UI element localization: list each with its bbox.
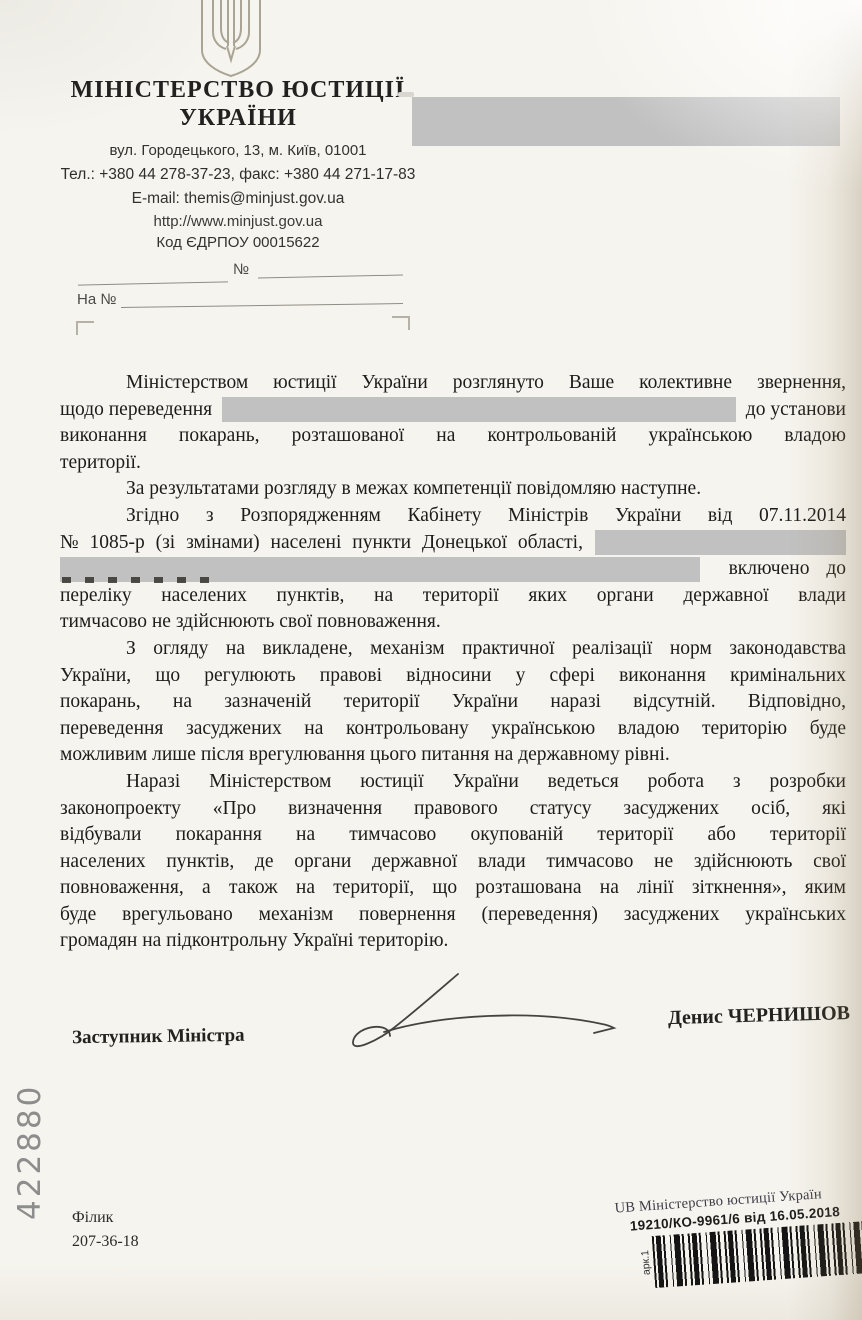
handwritten-signature [340, 958, 632, 1062]
body-line: покарань, на зазначеній території Україн… [60, 689, 846, 716]
address-corner-mark-right [392, 316, 410, 330]
org-edrpou-code: Код ЄДРПОУ 00015622 [60, 234, 416, 251]
body-text: відбували покарання на тимчасово окупова… [60, 824, 846, 845]
vertical-registration-number: 422880 [12, 1084, 48, 1220]
body-text: переліку населених пунктів, на території… [60, 585, 846, 606]
letter-body: Міністерством юстиції України розглянуто… [60, 370, 846, 955]
body-line: території. [60, 450, 846, 477]
body-line: переведення засуджених на контрольовану … [60, 716, 846, 743]
body-text: За результатами розгляду в межах компете… [126, 478, 701, 499]
body-line: повноваження, а також на території, що р… [60, 875, 846, 902]
body-line: можливим лише після врегулювання цього п… [60, 742, 846, 769]
body-line: України, що регулюють правові відносини … [60, 663, 846, 690]
body-line: громадян на підконтрольну Україні терито… [60, 928, 846, 955]
barcode [652, 1221, 862, 1288]
body-line: переліку населених пунктів, на території… [60, 583, 846, 610]
scanned-letter-page: МІНІСТЕРСТВО ЮСТИЦІЇ УКРАЇНИ вул. Городе… [0, 0, 862, 1320]
executor-block: Філик 207-36-18 [72, 1206, 139, 1254]
body-text: переведення засуджених на контрольовану … [60, 718, 846, 739]
body-line: № 1085-р (зі змінами) населені пункти До… [60, 530, 846, 557]
org-name-line1: МІНІСТЕРСТВО ЮСТИЦІЇ [60, 76, 416, 104]
reply-to-label: На № [77, 291, 116, 308]
body-text: до установи [746, 397, 846, 424]
body-text: включено до [729, 556, 846, 583]
redaction-block [412, 97, 840, 146]
org-phone-fax: Тел.: +380 44 278-37-23, факс: +380 44 2… [60, 166, 416, 184]
registration-stamp: UB Міністерство юстиції Україн 19210/КО-… [602, 1183, 862, 1320]
org-name-line2: УКРАЇНИ [60, 104, 416, 132]
body-line: буде врегульовано механізм повернення (п… [60, 902, 846, 929]
body-text: З огляду на викладене, механізм практичн… [126, 638, 846, 659]
body-line: відбували покарання на тимчасово окупова… [60, 822, 846, 849]
body-text: населених пунктів, де органи державної в… [60, 851, 846, 872]
body-text: Міністерством юстиції України розглянуто… [126, 372, 846, 393]
body-text: виконання покарань, розташованої на конт… [60, 425, 846, 446]
body-line: тимчасово не здійснюють свої повноваженн… [60, 609, 846, 636]
executor-phone: 207-36-18 [72, 1230, 139, 1254]
body-text: території. [60, 452, 141, 473]
body-text: покарань, на зазначеній території Україн… [60, 691, 846, 712]
body-text: Згідно з Розпорядженням Кабінету Міністр… [126, 505, 846, 526]
body-text: України, що регулюють правові відносини … [60, 665, 846, 686]
address-corner-mark-left [76, 321, 94, 335]
body-text: громадян на підконтрольну Україні терито… [60, 930, 448, 951]
redaction-block [222, 397, 736, 422]
org-website: http://www.minjust.gov.ua [60, 213, 416, 230]
body-text: буде врегульовано механізм повернення (п… [60, 904, 846, 925]
body-line: За результатами розгляду в межах компете… [60, 476, 846, 503]
sheet-count-label: арк.1 [639, 1250, 653, 1276]
body-text: № 1085-р (зі змінами) населені пункти До… [60, 530, 583, 557]
body-text: можливим лише після врегулювання цього п… [60, 744, 670, 765]
body-line: Наразі Міністерством юстиції України вед… [60, 769, 846, 796]
body-line: З огляду на викладене, механізм практичн… [60, 636, 846, 663]
body-text: щодо переведення [60, 397, 212, 424]
executor-name: Філик [72, 1206, 139, 1230]
number-line [258, 274, 403, 278]
reply-to-line [121, 303, 403, 308]
signer-title: Заступник Міністра [72, 1025, 245, 1049]
body-line: Міністерством юстиції України розглянуто… [60, 370, 846, 397]
body-line: включено до [60, 556, 846, 583]
signer-name: Денис ЧЕРНИШОВ [638, 1002, 851, 1031]
body-line: Згідно з Розпорядженням Кабінету Міністр… [60, 503, 846, 530]
body-text: тимчасово не здійснюють свої повноваженн… [60, 611, 441, 632]
number-label: № [233, 261, 249, 278]
ukraine-trident-emblem [194, 0, 268, 80]
body-line: щодо переведеннядо установи [60, 397, 846, 424]
body-text: повноваження, а також на території, що р… [60, 877, 846, 898]
org-email: E-mail: themis@minjust.gov.ua [60, 190, 416, 208]
body-text: законопроекту «Про визначення правового … [60, 798, 846, 819]
body-line: законопроекту «Про визначення правового … [60, 796, 846, 823]
body-line: населених пунктів, де органи державної в… [60, 849, 846, 876]
body-line: виконання покарань, розташованої на конт… [60, 423, 846, 450]
redaction-block [595, 530, 846, 555]
date-line [78, 281, 228, 285]
org-address: вул. Городецького, 13, м. Київ, 01001 [60, 142, 416, 159]
body-text: Наразі Міністерством юстиції України вед… [126, 771, 846, 792]
letterhead: МІНІСТЕРСТВО ЮСТИЦІЇ УКРАЇНИ вул. Городе… [60, 76, 416, 251]
